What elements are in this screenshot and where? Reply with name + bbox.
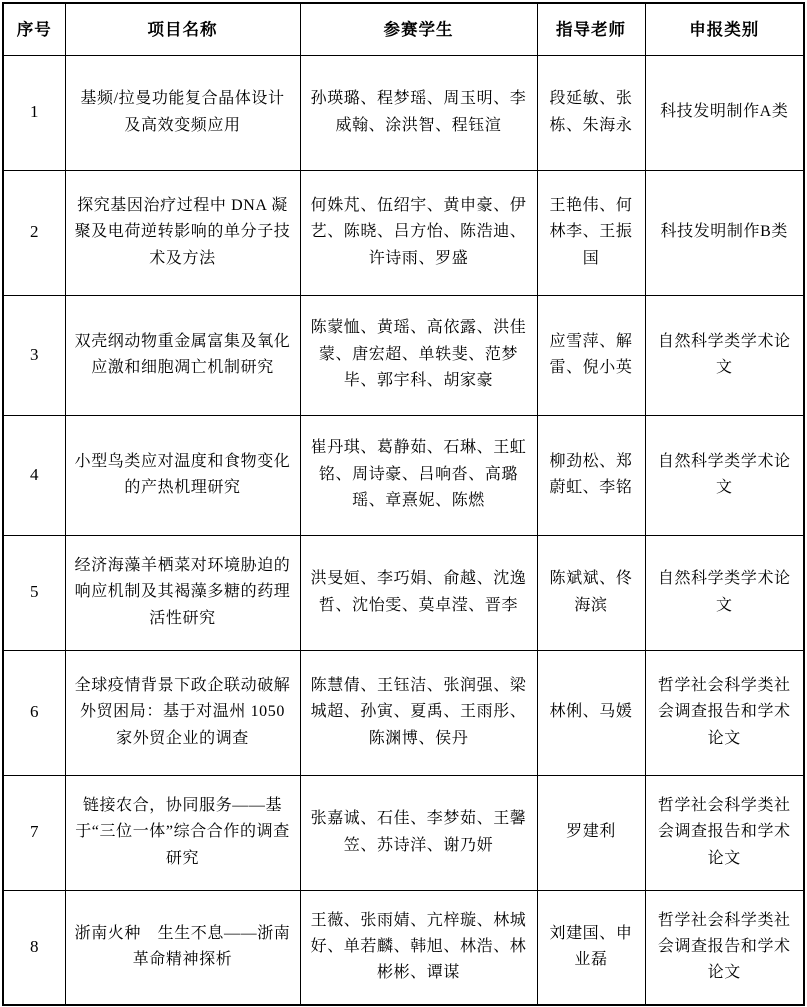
cell-students: 张嘉诚、石佳、李梦茹、王馨笠、苏诗洋、谢乃妍 <box>300 775 537 890</box>
cell-project: 经济海藻羊栖菜对环境胁迫的响应机制及其褐藻多糖的药理活性研究 <box>65 535 300 650</box>
header-students: 参赛学生 <box>300 3 537 55</box>
cell-category: 自然科学类学术论文 <box>645 415 804 535</box>
cell-students: 何姝芃、伍绍宇、黄申豪、伊艺、陈晓、吕方怡、陈浩迪、许诗雨、罗盛 <box>300 170 537 295</box>
header-teachers: 指导老师 <box>537 3 645 55</box>
cell-no: 2 <box>3 170 65 295</box>
cell-project: 浙南火种 生生不息——浙南革命精神探析 <box>65 890 300 1005</box>
cell-project: 探究基因治疗过程中 DNA 凝聚及电荷逆转影响的单分子技术及方法 <box>65 170 300 295</box>
cell-no: 1 <box>3 55 65 170</box>
cell-students: 崔丹琪、葛静茹、石琳、王虹铭、周诗豪、吕响沓、高璐瑶、章熹妮、陈燃 <box>300 415 537 535</box>
header-category: 申报类别 <box>645 3 804 55</box>
cell-no: 8 <box>3 890 65 1005</box>
cell-teachers: 段延敏、张栋、朱海永 <box>537 55 645 170</box>
projects-table: 序号 项目名称 参赛学生 指导老师 申报类别 1 基频/拉曼功能复合晶体设计及高… <box>2 2 805 1006</box>
cell-category: 自然科学类学术论文 <box>645 295 804 415</box>
header-row: 序号 项目名称 参赛学生 指导老师 申报类别 <box>3 3 804 55</box>
table-row: 4 小型鸟类应对温度和食物变化的产热机理研究 崔丹琪、葛静茹、石琳、王虹铭、周诗… <box>3 415 804 535</box>
cell-teachers: 刘建国、申业磊 <box>537 890 645 1005</box>
cell-category: 科技发明制作B类 <box>645 170 804 295</box>
cell-students: 陈慧倩、王钰洁、张润强、梁城超、孙寅、夏禹、王雨彤、陈渊博、侯丹 <box>300 650 537 775</box>
table-row: 6 全球疫情背景下政企联动破解外贸困局：基于对温州 1050 家外贸企业的调查 … <box>3 650 804 775</box>
header-project: 项目名称 <box>65 3 300 55</box>
table-row: 8 浙南火种 生生不息——浙南革命精神探析 王薇、张雨婧、亢梓璇、林城好、单若麟… <box>3 890 804 1005</box>
cell-category: 哲学社会科学类社会调查报告和学术论文 <box>645 650 804 775</box>
cell-no: 7 <box>3 775 65 890</box>
cell-no: 5 <box>3 535 65 650</box>
cell-no: 4 <box>3 415 65 535</box>
cell-category: 哲学社会科学类社会调查报告和学术论文 <box>645 890 804 1005</box>
cell-teachers: 王艳伟、何林李、王振国 <box>537 170 645 295</box>
header-no: 序号 <box>3 3 65 55</box>
cell-students: 洪旻姮、李巧娟、俞越、沈逸哲、沈怡雯、莫卓滢、晋李 <box>300 535 537 650</box>
cell-teachers: 柳劲松、郑蔚虹、李铭 <box>537 415 645 535</box>
cell-teachers: 应雪萍、解雷、倪小英 <box>537 295 645 415</box>
cell-students: 王薇、张雨婧、亢梓璇、林城好、单若麟、韩旭、林浩、林彬彬、谭谋 <box>300 890 537 1005</box>
cell-students: 陈蒙恤、黄瑶、高依露、洪佳蒙、唐宏超、单轶斐、范梦毕、郭宇科、胡家豪 <box>300 295 537 415</box>
cell-project: 链接农合，协同服务——基于“三位一体”综合合作的调查研究 <box>65 775 300 890</box>
table-row: 3 双壳纲动物重金属富集及氧化应激和细胞凋亡机制研究 陈蒙恤、黄瑶、高依露、洪佳… <box>3 295 804 415</box>
cell-teachers: 罗建利 <box>537 775 645 890</box>
table-row: 5 经济海藻羊栖菜对环境胁迫的响应机制及其褐藻多糖的药理活性研究 洪旻姮、李巧娟… <box>3 535 804 650</box>
cell-project: 全球疫情背景下政企联动破解外贸困局：基于对温州 1050 家外贸企业的调查 <box>65 650 300 775</box>
table-row: 7 链接农合，协同服务——基于“三位一体”综合合作的调查研究 张嘉诚、石佳、李梦… <box>3 775 804 890</box>
cell-category: 科技发明制作A类 <box>645 55 804 170</box>
cell-teachers: 陈斌斌、佟海滨 <box>537 535 645 650</box>
cell-no: 3 <box>3 295 65 415</box>
cell-category: 自然科学类学术论文 <box>645 535 804 650</box>
table-row: 2 探究基因治疗过程中 DNA 凝聚及电荷逆转影响的单分子技术及方法 何姝芃、伍… <box>3 170 804 295</box>
cell-project: 双壳纲动物重金属富集及氧化应激和细胞凋亡机制研究 <box>65 295 300 415</box>
cell-students: 孙瑛璐、程梦瑶、周玉明、李威翰、涂洪智、程钰渲 <box>300 55 537 170</box>
cell-project: 基频/拉曼功能复合晶体设计及高效变频应用 <box>65 55 300 170</box>
cell-no: 6 <box>3 650 65 775</box>
cell-teachers: 林俐、马媛 <box>537 650 645 775</box>
cell-category: 哲学社会科学类社会调查报告和学术论文 <box>645 775 804 890</box>
table-row: 1 基频/拉曼功能复合晶体设计及高效变频应用 孙瑛璐、程梦瑶、周玉明、李威翰、涂… <box>3 55 804 170</box>
cell-project: 小型鸟类应对温度和食物变化的产热机理研究 <box>65 415 300 535</box>
